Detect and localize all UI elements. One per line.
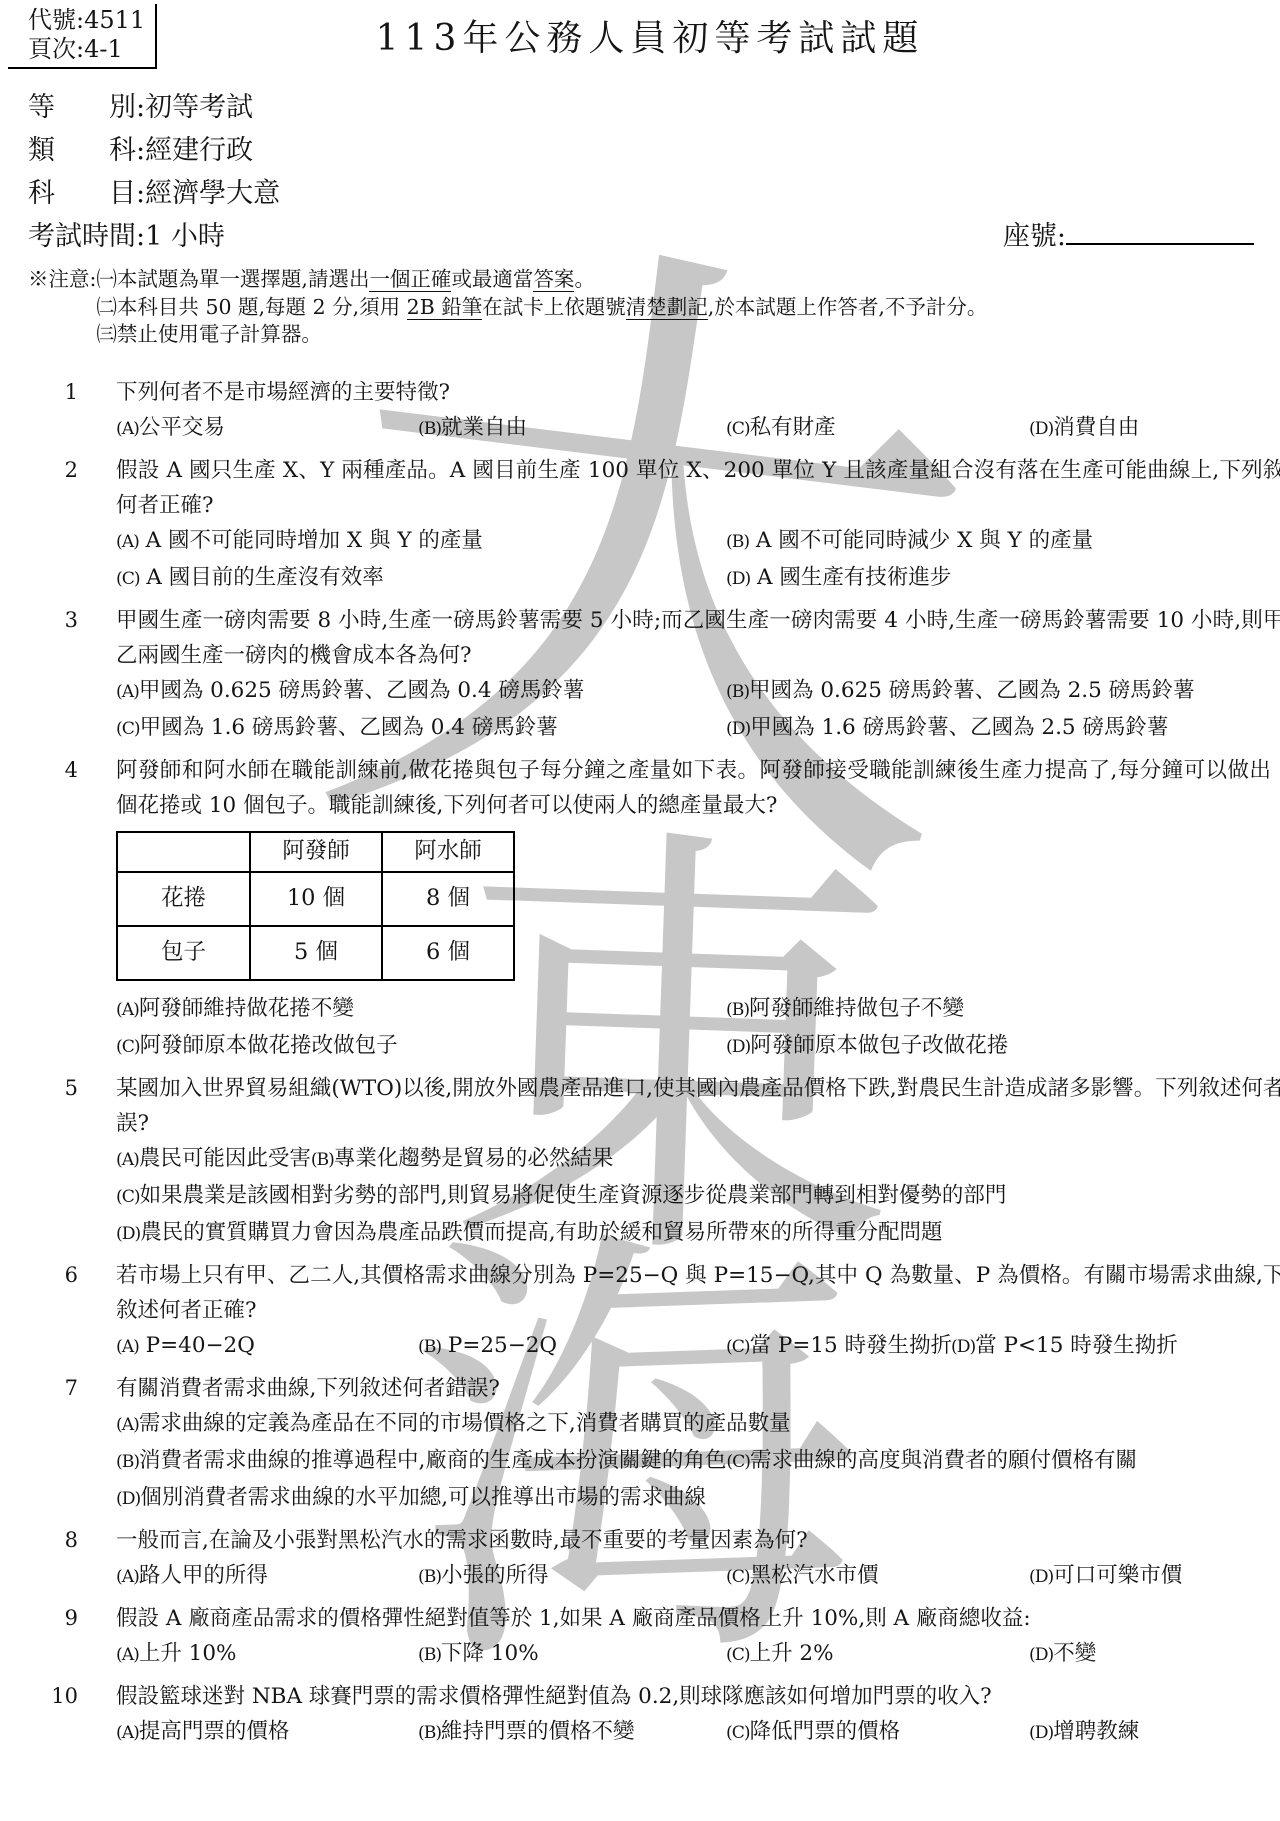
subject-field: 科 目:經濟學大意 xyxy=(28,172,1272,215)
option-label: (C) xyxy=(116,719,140,739)
option: (B)下降 10% xyxy=(418,1636,726,1673)
notice-prefix: ※注意: xyxy=(28,266,96,349)
option: (A)公平交易 xyxy=(116,410,418,447)
question-number: 9 xyxy=(28,1601,78,1673)
options-grid: (A)甲國為 0.625 磅馬鈴薯、乙國為 0.4 磅馬鈴薯(B)甲國為 0.6… xyxy=(116,673,1280,747)
options-grid: (A)公平交易(B)就業自由(C)私有財產(D)消費自由 xyxy=(116,410,1280,447)
grade-field: 等 別:初等考試 xyxy=(28,86,1272,129)
option-text: P=40−2Q xyxy=(139,1333,255,1358)
table-cell: 花捲 xyxy=(117,872,250,926)
option-text: 小張的所得 xyxy=(441,1563,549,1588)
option-text: 當 P<15 時發生拗折 xyxy=(975,1333,1178,1358)
option-label: (C) xyxy=(726,1452,750,1472)
table-header-row: 阿發師阿水師 xyxy=(117,832,514,872)
option: (B)甲國為 0.625 磅馬鈴薯、乙國為 2.5 磅馬鈴薯 xyxy=(726,673,1280,710)
question-number: 2 xyxy=(28,453,78,597)
code-value: 4511 xyxy=(84,6,145,34)
option-text: 不變 xyxy=(1053,1641,1096,1666)
option: (B)消費者需求曲線的推導過程中,廠商的生產成本扮演關鍵的角色 xyxy=(116,1448,726,1473)
option-text: 消費自由 xyxy=(1053,415,1139,440)
option-label: (A) xyxy=(116,532,139,552)
options-grid: (A) P=40−2Q(B) P=25−2Q(C)當 P=15 時發生拗折(D)… xyxy=(116,1328,1280,1365)
option-label: (A) xyxy=(116,1723,139,1743)
underlined-text: 2B 鉛筆 xyxy=(407,295,483,320)
option-label: (A) xyxy=(116,1150,139,1170)
option-label: (A) xyxy=(116,1337,139,1357)
option-text: 消費者需求曲線的推導過程中,廠商的生產成本扮演關鍵的角色 xyxy=(139,1448,726,1473)
option: (D)消費自由 xyxy=(1029,410,1280,447)
notice-text: 或最適當 xyxy=(451,267,533,291)
time-field: 考試時間:1 小時 座號: xyxy=(28,215,1272,258)
option-label: (A) xyxy=(116,1645,139,1665)
question-text: 假設 A 國只生產 X、Y 兩種產品。A 國目前生產 100 單位 X、200 … xyxy=(116,453,1280,523)
option-label: (C) xyxy=(116,1037,140,1057)
table-cell: 包子 xyxy=(117,926,250,980)
page-header: 代號:4511 頁次:4-1 113年公務人員初等考試試題 xyxy=(28,6,1272,70)
notice-text: ,於本試題上作答者,不予計分。 xyxy=(708,295,988,319)
option-text: 需求曲線的定義為產品在不同的市場價格之下,消費者購買的產品數量 xyxy=(139,1411,791,1436)
option: (B)就業自由 xyxy=(418,410,726,447)
option-text: 增聘教練 xyxy=(1053,1719,1139,1744)
table-cell: 10 個 xyxy=(250,872,382,926)
notice-text: 在試卡上依題號 xyxy=(482,295,626,319)
options-grid: (A)路人甲的所得(B)小張的所得(C)黑松汽水市價(D)可口可樂市價 xyxy=(116,1558,1280,1595)
seat-field: 座號: xyxy=(1003,215,1254,258)
question-number: 3 xyxy=(28,603,78,747)
option-label: (A) xyxy=(116,1567,139,1587)
question: 1下列何者不是市場經濟的主要特徵?(A)公平交易(B)就業自由(C)私有財產(D… xyxy=(28,375,1272,447)
option-text: 如果農業是該國相對劣勢的部門,則貿易將促使生產資源逐步從農業部門轉到相對優勢的部… xyxy=(140,1183,1007,1208)
notice-list: ㈠本試題為單一選擇題,請選出一個正確或最適當答案。㈡本科目共 50 題,每題 2… xyxy=(96,266,987,349)
question: 10假設籃球迷對 NBA 球賽門票的需求價格彈性絕對值為 0.2,則球隊應該如何… xyxy=(28,1679,1272,1751)
option: (A)路人甲的所得 xyxy=(116,1558,418,1595)
table-row: 包子5 個6 個 xyxy=(117,926,514,980)
option-text: 甲國為 1.6 磅馬鈴薯、乙國為 2.5 磅馬鈴薯 xyxy=(750,715,1168,740)
option: (B)維持門票的價格不變 xyxy=(418,1714,726,1751)
option-label: (A) xyxy=(116,682,139,702)
question: 3甲國生產一磅肉需要 8 小時,生產一磅馬鈴薯需要 5 小時;而乙國生產一磅肉需… xyxy=(28,603,1272,747)
option: (A) A 國不可能同時增加 X 與 Y 的產量 xyxy=(116,523,726,560)
option-text: 私有財產 xyxy=(750,415,836,440)
question-body: 一般而言,在論及小張對黑松汽水的需求函數時,最不重要的考量因素為何?(A)路人甲… xyxy=(116,1523,1280,1595)
option-label: (C) xyxy=(116,569,140,589)
question: 4阿發師和阿水師在職能訓練前,做花捲與包子每分鐘之產量如下表。阿發師接受職能訓練… xyxy=(28,753,1272,1065)
table-cell: 6 個 xyxy=(382,926,514,980)
options-grid: (A)農民可能因此受害(B)專業化趨勢是貿易的必然結果(C)如果農業是該國相對劣… xyxy=(116,1141,1280,1252)
option-text: A 國生產有技術進步 xyxy=(750,565,951,590)
option-label: (C) xyxy=(116,1187,140,1207)
question-text: 下列何者不是市場經濟的主要特徵? xyxy=(116,375,1280,410)
option: (A)農民可能因此受害 xyxy=(116,1146,311,1171)
option: (D)甲國為 1.6 磅馬鈴薯、乙國為 2.5 磅馬鈴薯 xyxy=(726,710,1280,747)
notice-text: ㈠本試題為單一選擇題,請選出 xyxy=(96,267,369,291)
page-value: 4-1 xyxy=(84,35,123,63)
notice-text: ㈡本科目共 50 題,每題 2 分,須用 xyxy=(96,295,406,319)
question-number: 8 xyxy=(28,1523,78,1595)
option: (A) P=40−2Q xyxy=(116,1328,418,1365)
option-label: (D) xyxy=(726,569,750,589)
question-body: 阿發師和阿水師在職能訓練前,做花捲與包子每分鐘之產量如下表。阿發師接受職能訓練後… xyxy=(116,753,1280,1065)
option-label: (D) xyxy=(116,1224,140,1244)
table-header-cell xyxy=(117,832,250,872)
option: (D)當 P<15 時發生拗折 xyxy=(951,1328,1280,1365)
option: (B) A 國不可能同時減少 X 與 Y 的產量 xyxy=(726,523,1280,560)
option-text: 阿發師維持做花捲不變 xyxy=(139,996,354,1021)
options-grid: (A)提高門票的價格(B)維持門票的價格不變(C)降低門票的價格(D)增聘教練 xyxy=(116,1714,1280,1751)
notice-text: 。 xyxy=(574,267,595,291)
option-label: (D) xyxy=(1029,1723,1053,1743)
question-text: 阿發師和阿水師在職能訓練前,做花捲與包子每分鐘之產量如下表。阿發師接受職能訓練後… xyxy=(116,753,1280,823)
question-text: 甲國生產一磅肉需要 8 小時,生產一磅馬鈴薯需要 5 小時;而乙國生產一磅肉需要… xyxy=(116,603,1280,673)
option: (C)甲國為 1.6 磅馬鈴薯、乙國為 0.4 磅馬鈴薯 xyxy=(116,710,726,747)
option-label: (D) xyxy=(1029,1645,1053,1665)
options-grid: (A)需求曲線的定義為產品在不同的市場價格之下,消費者購買的產品數量(B)消費者… xyxy=(116,1406,1280,1517)
option: (D)農民的實質購買力會因為農產品跌價而提高,有助於緩和貿易所帶來的所得重分配問… xyxy=(116,1220,943,1245)
option: (D)個別消費者需求曲線的水平加總,可以推導出市場的需求曲線 xyxy=(116,1485,706,1510)
question-number: 4 xyxy=(28,753,78,1065)
option-text: A 國目前的生產沒有效率 xyxy=(140,565,384,590)
question: 9假設 A 廠商產品需求的價格彈性絕對值等於 1,如果 A 廠商產品價格上升 1… xyxy=(28,1601,1272,1673)
option: (C)降低門票的價格 xyxy=(726,1714,1029,1751)
option-text: 就業自由 xyxy=(441,415,527,440)
question-body: 若市場上只有甲、乙二人,其價格需求曲線分別為 P=25−Q 與 P=15−Q,其… xyxy=(116,1258,1280,1365)
question-text: 假設籃球迷對 NBA 球賽門票的需求價格彈性絕對值為 0.2,則球隊應該如何增加… xyxy=(116,1679,1280,1714)
option-text: 路人甲的所得 xyxy=(139,1563,268,1588)
question-number: 1 xyxy=(28,375,78,447)
option-label: (D) xyxy=(1029,1567,1053,1587)
option: (A)需求曲線的定義為產品在不同的市場價格之下,消費者購買的產品數量 xyxy=(116,1411,791,1436)
underlined-text: 清楚劃記 xyxy=(626,295,708,320)
question-body: 假設 A 廠商產品需求的價格彈性絕對值等於 1,如果 A 廠商產品價格上升 10… xyxy=(116,1601,1280,1673)
option: (C)當 P=15 時發生拗折 xyxy=(726,1328,951,1365)
notice-item: ㈠本試題為單一選擇題,請選出一個正確或最適當答案。 xyxy=(96,266,987,294)
option: (A)阿發師維持做花捲不變 xyxy=(116,991,726,1028)
option-text: 阿發師原本做包子改做花捲 xyxy=(750,1033,1008,1058)
options-grid: (A) A 國不可能同時增加 X 與 Y 的產量(B) A 國不可能同時減少 X… xyxy=(116,523,1280,597)
option: (D)可口可樂市價 xyxy=(1029,1558,1280,1595)
question-text: 若市場上只有甲、乙二人,其價格需求曲線分別為 P=25−Q 與 P=15−Q,其… xyxy=(116,1258,1280,1328)
option: (A)上升 10% xyxy=(116,1636,418,1673)
question-list: 1下列何者不是市場經濟的主要特徵?(A)公平交易(B)就業自由(C)私有財產(D… xyxy=(28,375,1272,1751)
option-text: A 國不可能同時增加 X 與 Y 的產量 xyxy=(139,528,483,553)
option-text: 上升 10% xyxy=(139,1641,237,1666)
option-text: 黑松汽水市價 xyxy=(750,1563,879,1588)
option: (C)需求曲線的高度與消費者的願付價格有關 xyxy=(726,1448,1137,1473)
notice-section: ※注意: ㈠本試題為單一選擇題,請選出一個正確或最適當答案。㈡本科目共 50 題… xyxy=(28,266,1272,349)
option-text: 阿發師原本做花捲改做包子 xyxy=(140,1033,398,1058)
question: 8一般而言,在論及小張對黑松汽水的需求函數時,最不重要的考量因素為何?(A)路人… xyxy=(28,1523,1272,1595)
question-body: 假設 A 國只生產 X、Y 兩種產品。A 國目前生產 100 單位 X、200 … xyxy=(116,453,1280,597)
option-label: (B) xyxy=(418,1645,441,1665)
option: (B)阿發師維持做包子不變 xyxy=(726,991,1280,1028)
option-label: (D) xyxy=(1029,419,1053,439)
options-grid: (A)上升 10%(B)下降 10%(C)上升 2%(D)不變 xyxy=(116,1636,1280,1673)
option-label: (B) xyxy=(418,419,441,439)
table-header-cell: 阿發師 xyxy=(250,832,382,872)
question-text: 假設 A 廠商產品需求的價格彈性絕對值等於 1,如果 A 廠商產品價格上升 10… xyxy=(116,1601,1280,1636)
option-label: (D) xyxy=(726,1037,750,1057)
option: (B)小張的所得 xyxy=(418,1558,726,1595)
question-number: 10 xyxy=(28,1679,78,1751)
option: (D)不變 xyxy=(1029,1636,1280,1673)
option-text: A 國不可能同時減少 X 與 Y 的產量 xyxy=(749,528,1093,553)
option: (D) A 國生產有技術進步 xyxy=(726,560,1280,597)
option-label: (C) xyxy=(726,419,750,439)
question-number: 6 xyxy=(28,1258,78,1365)
exam-fields: 等 別:初等考試 類 科:經建行政 科 目:經濟學大意 考試時間:1 小時 座號… xyxy=(28,86,1272,258)
option-text: 維持門票的價格不變 xyxy=(441,1719,635,1744)
exam-page: 代號:4511 頁次:4-1 113年公務人員初等考試試題 等 別:初等考試 類… xyxy=(0,0,1280,1751)
seat-label: 座號: xyxy=(1003,215,1066,258)
option: (A)提高門票的價格 xyxy=(116,1714,418,1751)
code-box: 代號:4511 頁次:4-1 xyxy=(8,4,157,69)
code-line: 代號:4511 xyxy=(28,6,145,35)
option-label: (C) xyxy=(726,1567,750,1587)
option-label: (B) xyxy=(418,1723,441,1743)
option: (A)甲國為 0.625 磅馬鈴薯、乙國為 0.4 磅馬鈴薯 xyxy=(116,673,726,710)
underlined-text: 答案 xyxy=(533,267,574,292)
question-body: 有關消費者需求曲線,下列敘述何者錯誤?(A)需求曲線的定義為產品在不同的市場價格… xyxy=(116,1371,1280,1517)
notice-text: ㈢禁止使用電子計算器。 xyxy=(96,322,322,346)
question-number: 7 xyxy=(28,1371,78,1517)
option: (C) A 國目前的生產沒有效率 xyxy=(116,560,726,597)
option-text: 降低門票的價格 xyxy=(750,1719,901,1744)
option-text: 個別消費者需求曲線的水平加總,可以推導出市場的需求曲線 xyxy=(140,1485,706,1510)
option: (C)如果農業是該國相對劣勢的部門,則貿易將促使生產資源逐步從農業部門轉到相對優… xyxy=(116,1183,1006,1208)
option-label: (C) xyxy=(726,1645,750,1665)
option-text: 甲國為 1.6 磅馬鈴薯、乙國為 0.4 磅馬鈴薯 xyxy=(140,715,558,740)
option-text: 公平交易 xyxy=(139,415,225,440)
option-text: 可口可樂市價 xyxy=(1053,1563,1182,1588)
option: (C)阿發師原本做花捲改做包子 xyxy=(116,1028,726,1065)
option-text: 需求曲線的高度與消費者的願付價格有關 xyxy=(750,1448,1137,1473)
question: 5某國加入世界貿易組織(WTO)以後,開放外國農產品進口,使其國內農產品價格下跌… xyxy=(28,1071,1272,1252)
question: 2假設 A 國只生產 X、Y 兩種產品。A 國目前生產 100 單位 X、200… xyxy=(28,453,1272,597)
question-text: 一般而言,在論及小張對黑松汽水的需求函數時,最不重要的考量因素為何? xyxy=(116,1523,1280,1558)
page-line: 頁次:4-1 xyxy=(28,35,145,64)
option: (B)專業化趨勢是貿易的必然結果 xyxy=(311,1146,614,1171)
table-header-cell: 阿水師 xyxy=(382,832,514,872)
question: 7有關消費者需求曲線,下列敘述何者錯誤?(A)需求曲線的定義為產品在不同的市場價… xyxy=(28,1371,1272,1517)
notice-item: ㈡本科目共 50 題,每題 2 分,須用 2B 鉛筆在試卡上依題號清楚劃記,於本… xyxy=(96,294,987,322)
underlined-text: 一個正確 xyxy=(369,267,451,292)
production-table: 阿發師阿水師花捲10 個8 個包子5 個6 個 xyxy=(116,831,515,981)
option-text: 提高門票的價格 xyxy=(139,1719,290,1744)
option-label: (B) xyxy=(418,1337,441,1357)
option-label: (D) xyxy=(951,1337,975,1357)
option: (B) P=25−2Q xyxy=(418,1328,726,1365)
question-text: 有關消費者需求曲線,下列敘述何者錯誤? xyxy=(116,1371,1280,1406)
table-row: 花捲10 個8 個 xyxy=(117,872,514,926)
option-text: 當 P=15 時發生拗折 xyxy=(750,1333,953,1358)
option-text: 農民的實質購買力會因為農產品跌價而提高,有助於緩和貿易所帶來的所得重分配問題 xyxy=(140,1220,942,1245)
question-body: 某國加入世界貿易組織(WTO)以後,開放外國農產品進口,使其國內農產品價格下跌,… xyxy=(116,1071,1280,1252)
question-body: 甲國生產一磅肉需要 8 小時,生產一磅馬鈴薯需要 5 小時;而乙國生產一磅肉需要… xyxy=(116,603,1280,747)
option-text: 甲國為 0.625 磅馬鈴薯、乙國為 0.4 磅馬鈴薯 xyxy=(139,678,585,703)
option: (C)上升 2% xyxy=(726,1636,1029,1673)
option-label: (C) xyxy=(726,1723,750,1743)
option: (D)增聘教練 xyxy=(1029,1714,1280,1751)
option: (D)阿發師原本做包子改做花捲 xyxy=(726,1028,1280,1065)
options-grid: (A)阿發師維持做花捲不變(B)阿發師維持做包子不變(C)阿發師原本做花捲改做包… xyxy=(116,991,1280,1065)
option: (C)黑松汽水市價 xyxy=(726,1558,1029,1595)
option-label: (B) xyxy=(311,1150,334,1170)
question: 6若市場上只有甲、乙二人,其價格需求曲線分別為 P=25−Q 與 P=15−Q,… xyxy=(28,1258,1272,1365)
option-text: 甲國為 0.625 磅馬鈴薯、乙國為 2.5 磅馬鈴薯 xyxy=(749,678,1195,703)
option-label: (A) xyxy=(116,419,139,439)
table-cell: 5 個 xyxy=(250,926,382,980)
option-label: (D) xyxy=(116,1489,140,1509)
option-label: (B) xyxy=(726,1000,749,1020)
question-body: 假設籃球迷對 NBA 球賽門票的需求價格彈性絕對值為 0.2,則球隊應該如何增加… xyxy=(116,1679,1280,1751)
notice-item: ㈢禁止使用電子計算器。 xyxy=(96,321,987,349)
option-label: (B) xyxy=(726,532,749,552)
question-number: 5 xyxy=(28,1071,78,1252)
option-text: P=25−2Q xyxy=(441,1333,557,1358)
option-text: 專業化趨勢是貿易的必然結果 xyxy=(334,1146,614,1171)
category-field: 類 科:經建行政 xyxy=(28,129,1272,172)
question-text: 某國加入世界貿易組織(WTO)以後,開放外國農產品進口,使其國內農產品價格下跌,… xyxy=(116,1071,1280,1141)
question-body: 下列何者不是市場經濟的主要特徵?(A)公平交易(B)就業自由(C)私有財產(D)… xyxy=(116,375,1280,447)
option-label: (B) xyxy=(116,1452,139,1472)
option-label: (C) xyxy=(726,1337,750,1357)
option-text: 上升 2% xyxy=(750,1641,834,1666)
option-label: (A) xyxy=(116,1415,139,1435)
option-text: 阿發師維持做包子不變 xyxy=(749,996,964,1021)
exam-title: 113年公務人員初等考試試題 xyxy=(28,6,1272,61)
option: (C)私有財產 xyxy=(726,410,1029,447)
option-label: (B) xyxy=(418,1567,441,1587)
table-cell: 8 個 xyxy=(382,872,514,926)
seat-blank xyxy=(1066,215,1254,245)
option-label: (B) xyxy=(726,682,749,702)
option-text: 農民可能因此受害 xyxy=(139,1146,311,1171)
option-text: 下降 10% xyxy=(441,1641,539,1666)
option-label: (A) xyxy=(116,1000,139,1020)
option-label: (D) xyxy=(726,719,750,739)
